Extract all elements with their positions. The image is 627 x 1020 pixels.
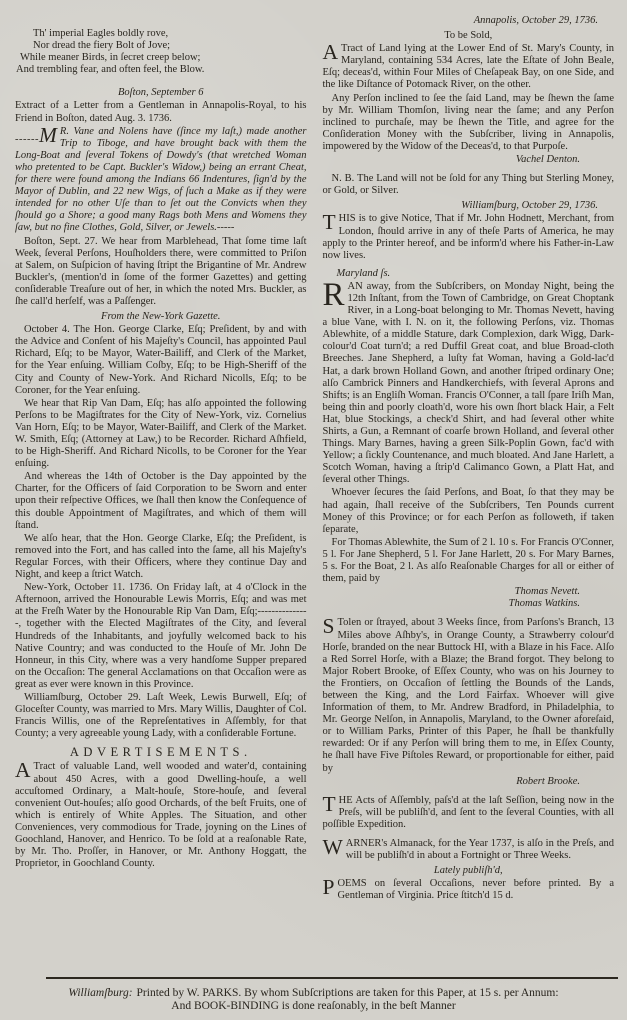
drop-cap: S [323, 617, 338, 637]
signature: Thomas Watkins. [323, 598, 615, 610]
drop-cap-letter: T [323, 213, 336, 232]
drop-cap-letter: A [15, 761, 31, 780]
advertisement-paragraph: POEMS on ſeveral Occaſions, never before… [323, 878, 615, 902]
signature: Thomas Nevett. [323, 586, 615, 598]
news-paragraph: We hear that Rip Van Dam, Eſq; has alſo … [15, 398, 307, 471]
right-column: Annapolis, October 29, 1736.To be Sold,A… [323, 12, 615, 960]
footer-imprint: Williamſburg:Printed by W. PARKS. By who… [0, 977, 627, 1013]
signature: Robert Brooke. [323, 776, 615, 788]
drop-cap: W [323, 838, 346, 858]
footer-imprint-line2: And BOOK-BINDING is done reaſonably, in … [0, 1000, 627, 1013]
poem-line: While meaner Birds, in ſecret creep belo… [15, 52, 307, 64]
drop-cap-letter: P [323, 878, 335, 897]
drop-cap: ------M [15, 126, 60, 146]
news-paragraph: And whereas the 14th of October is the D… [15, 471, 307, 531]
drop-cap: A [323, 43, 342, 63]
lead-dashes: ------ [15, 134, 39, 145]
dateline: Annapolis, October 29, 1736. [323, 15, 615, 27]
drop-cap-letter: T [323, 795, 336, 814]
advertisement-paragraph: ------MR. Vane and Nolens have (ſince my… [15, 126, 307, 235]
imprint-line1-text: Printed by W. PARKS. By whom Subſcriptio… [137, 987, 559, 999]
news-paragraph: October 4. The Hon. George Clarke, Eſq; … [15, 324, 307, 397]
dateline: Boſton, September 6 [15, 87, 307, 99]
footer-imprint-line1: Williamſburg:Printed by W. PARKS. By who… [0, 987, 627, 1000]
newspaper-page: Th' imperial Eagles boldly rove,Nor drea… [0, 0, 627, 1020]
news-paragraph: Any Perſon inclined to ſee the ſaid Land… [323, 93, 615, 153]
news-paragraph: We alſo hear, that the Hon. George Clark… [15, 533, 307, 581]
drop-cap-letter: W [323, 838, 343, 857]
drop-cap: T [323, 213, 339, 233]
news-paragraph: Whoever ſecures the ſaid Perſons, and Bo… [323, 487, 615, 535]
news-paragraph: Boſton, Sept. 27. We hear from Marblehea… [15, 236, 307, 309]
advertisement-paragraph: STolen or ſtrayed, about 3 Weeks ſince, … [323, 617, 615, 774]
news-paragraph: N. B. The Land will not be ſold for any … [323, 173, 615, 197]
advertisement-paragraph: THE Acts of Aſſembly, paſs'd at the laſt… [323, 795, 615, 831]
drop-cap-letter: S [323, 617, 335, 636]
news-paragraph: For Thomas Ablewhite, the Sum of 2 l. 10… [323, 537, 615, 585]
drop-cap-letter: R [323, 281, 345, 310]
dateline: From the New-York Gazette. [15, 311, 307, 323]
left-column: Th' imperial Eagles boldly rove,Nor drea… [15, 12, 307, 960]
dateline: Lately publiſh'd, [323, 865, 615, 877]
poem-line: Th' imperial Eagles boldly rove, [15, 28, 307, 40]
drop-cap: A [15, 761, 34, 781]
advertisement-paragraph: ATract of Land lying at the Lower End of… [323, 43, 615, 91]
dateline: Williamſburg, October 29, 1736. [323, 200, 615, 212]
advertisement-paragraph: WARNER's Almanack, for the Year 1737, is… [323, 838, 615, 862]
advertisements-heading: ADVERTISEMENTS. [15, 746, 307, 758]
news-paragraph: Williamſburg, October 29. Laſt Week, Lew… [15, 692, 307, 740]
advertisement-paragraph: THIS is to give Notice, That if Mr. John… [323, 213, 615, 261]
advertisement-paragraph: ATract of valuable Land, well wooded and… [15, 761, 307, 870]
signature: Vachel Denton. [323, 154, 615, 166]
poem: Th' imperial Eagles boldly rove,Nor drea… [15, 28, 307, 76]
section-label: Maryland ſs. [323, 268, 615, 280]
advertisement-paragraph: RAN away, from the Subſcribers, on Monda… [323, 281, 615, 487]
imprint-place: Williamſburg: [68, 987, 136, 999]
drop-cap: P [323, 878, 338, 898]
drop-cap: R [323, 281, 348, 310]
poem-line: Nor dread the fiery Bolt of Jove; [15, 40, 307, 52]
news-paragraph: New-York, October 11. 1736. On Friday la… [15, 582, 307, 691]
poem-line: And trembling fear, and often feel, the … [15, 64, 307, 76]
drop-cap-letter: M [39, 126, 57, 145]
dateline: To be Sold, [323, 30, 615, 42]
page-columns: Th' imperial Eagles boldly rove,Nor drea… [15, 12, 614, 960]
drop-cap: T [323, 795, 339, 815]
footer-rule [46, 977, 618, 979]
news-paragraph: Extract of a Letter from a Gentleman in … [15, 100, 307, 124]
drop-cap-letter: A [323, 43, 339, 62]
